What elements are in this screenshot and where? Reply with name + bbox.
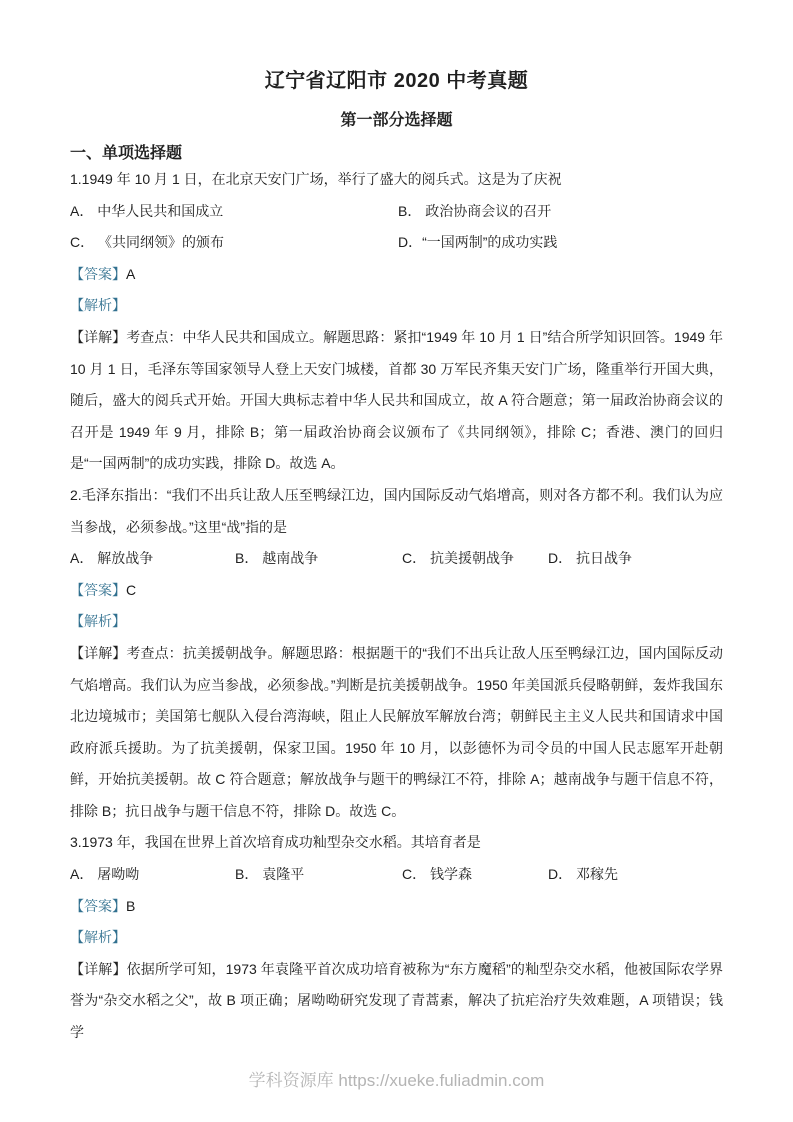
question-3-analysis-line: 【解析】 [70, 922, 723, 954]
detail-label: 【详解】 [70, 961, 127, 977]
answer-label: 【答案】 [70, 582, 126, 598]
question-1-detail-text: 考查点：中华人民共和国成立。解题思路：紧扣“1949 年 10 月 1 日”结合… [70, 329, 723, 471]
question-3-option-c: C． 钱学森 [402, 859, 548, 891]
question-1-answer-line: 【答案】A [70, 259, 723, 291]
question-2-option-c: C． 抗美援朝战争 [402, 543, 548, 575]
answer-label: 【答案】 [70, 266, 126, 282]
section-heading: 一、单项选择题 [70, 140, 182, 163]
question-1-answer: A [126, 266, 135, 282]
detail-label: 【详解】 [70, 645, 126, 661]
question-2-stem: 2.毛泽东指出：“我们不出兵让敌人压至鸭绿江边，国内国际反动气焰增高，则对各方都… [70, 480, 723, 543]
question-3-option-a: A． 屠呦呦 [70, 859, 235, 891]
question-3-stem: 3.1973 年，我国在世界上首次培育成功籼型杂交水稻。其培育者是 [70, 827, 723, 859]
watermark-footer: 学科资源库 https://xueke.fuliadmin.com [0, 1066, 793, 1091]
question-block-3: 3.1973 年，我国在世界上首次培育成功籼型杂交水稻。其培育者是 A． 屠呦呦… [70, 827, 723, 1048]
analysis-label: 【解析】 [70, 613, 126, 629]
question-2-option-d: D． 抗日战争 [548, 543, 723, 575]
question-1-option-b: B． 政治协商会议的召开 [398, 196, 723, 228]
question-2-option-a: A． 解放战争 [70, 543, 235, 575]
question-2-detail: 【详解】考查点：抗美援朝战争。解题思路：根据题干的“我们不出兵让敌人压至鸭绿江边… [70, 638, 723, 828]
question-1-stem: 1.1949 年 10 月 1 日，在北京天安门广场，举行了盛大的阅兵式。这是为… [70, 164, 723, 196]
question-1-analysis-line: 【解析】 [70, 290, 723, 322]
question-block-2: 2.毛泽东指出：“我们不出兵让敌人压至鸭绿江边，国内国际反动气焰增高，则对各方都… [70, 480, 723, 828]
question-3-detail-text: 依据所学可知，1973 年袁隆平首次成功培育被称为“东方魔稻”的籼型杂交水稻，他… [70, 961, 723, 1040]
question-3-options: A． 屠呦呦 B． 袁隆平 C． 钱学森 D． 邓稼先 [70, 859, 723, 891]
answer-label: 【答案】 [70, 898, 126, 914]
question-1-option-a: A． 中华人民共和国成立 [70, 196, 398, 228]
exam-document-page: 辽宁省辽阳市 2020 中考真题 第一部分选择题 一、单项选择题 1.1949 … [0, 0, 793, 1122]
question-2-answer-line: 【答案】C [70, 575, 723, 607]
detail-label: 【详解】 [70, 329, 126, 345]
document-title: 辽宁省辽阳市 2020 中考真题 [0, 64, 793, 93]
document-subtitle: 第一部分选择题 [0, 107, 793, 130]
question-2-analysis-line: 【解析】 [70, 606, 723, 638]
question-3-option-b: B． 袁隆平 [235, 859, 402, 891]
analysis-label: 【解析】 [70, 297, 126, 313]
question-1-options: A． 中华人民共和国成立 B． 政治协商会议的召开 C． 《共同纲领》的颁布 D… [70, 196, 723, 259]
question-2-answer: C [126, 582, 136, 598]
question-3-answer-line: 【答案】B [70, 891, 723, 923]
question-1-detail: 【详解】考查点：中华人民共和国成立。解题思路：紧扣“1949 年 10 月 1 … [70, 322, 723, 480]
document-body: 1.1949 年 10 月 1 日，在北京天安门广场，举行了盛大的阅兵式。这是为… [70, 164, 723, 1049]
question-2-option-b: B． 越南战争 [235, 543, 402, 575]
question-3-option-d: D． 邓稼先 [548, 859, 723, 891]
question-1-option-d: D．“一国两制”的成功实践 [398, 227, 723, 259]
analysis-label: 【解析】 [70, 929, 126, 945]
question-block-1: 1.1949 年 10 月 1 日，在北京天安门广场，举行了盛大的阅兵式。这是为… [70, 164, 723, 480]
question-3-detail: 【详解】依据所学可知，1973 年袁隆平首次成功培育被称为“东方魔稻”的籼型杂交… [70, 954, 723, 1049]
question-2-options: A． 解放战争 B． 越南战争 C． 抗美援朝战争 D． 抗日战争 [70, 543, 723, 575]
question-3-answer: B [126, 898, 135, 914]
question-2-detail-text: 考查点：抗美援朝战争。解题思路：根据题干的“我们不出兵让敌人压至鸭绿江边，国内国… [70, 645, 723, 819]
question-1-option-c: C． 《共同纲领》的颁布 [70, 227, 398, 259]
